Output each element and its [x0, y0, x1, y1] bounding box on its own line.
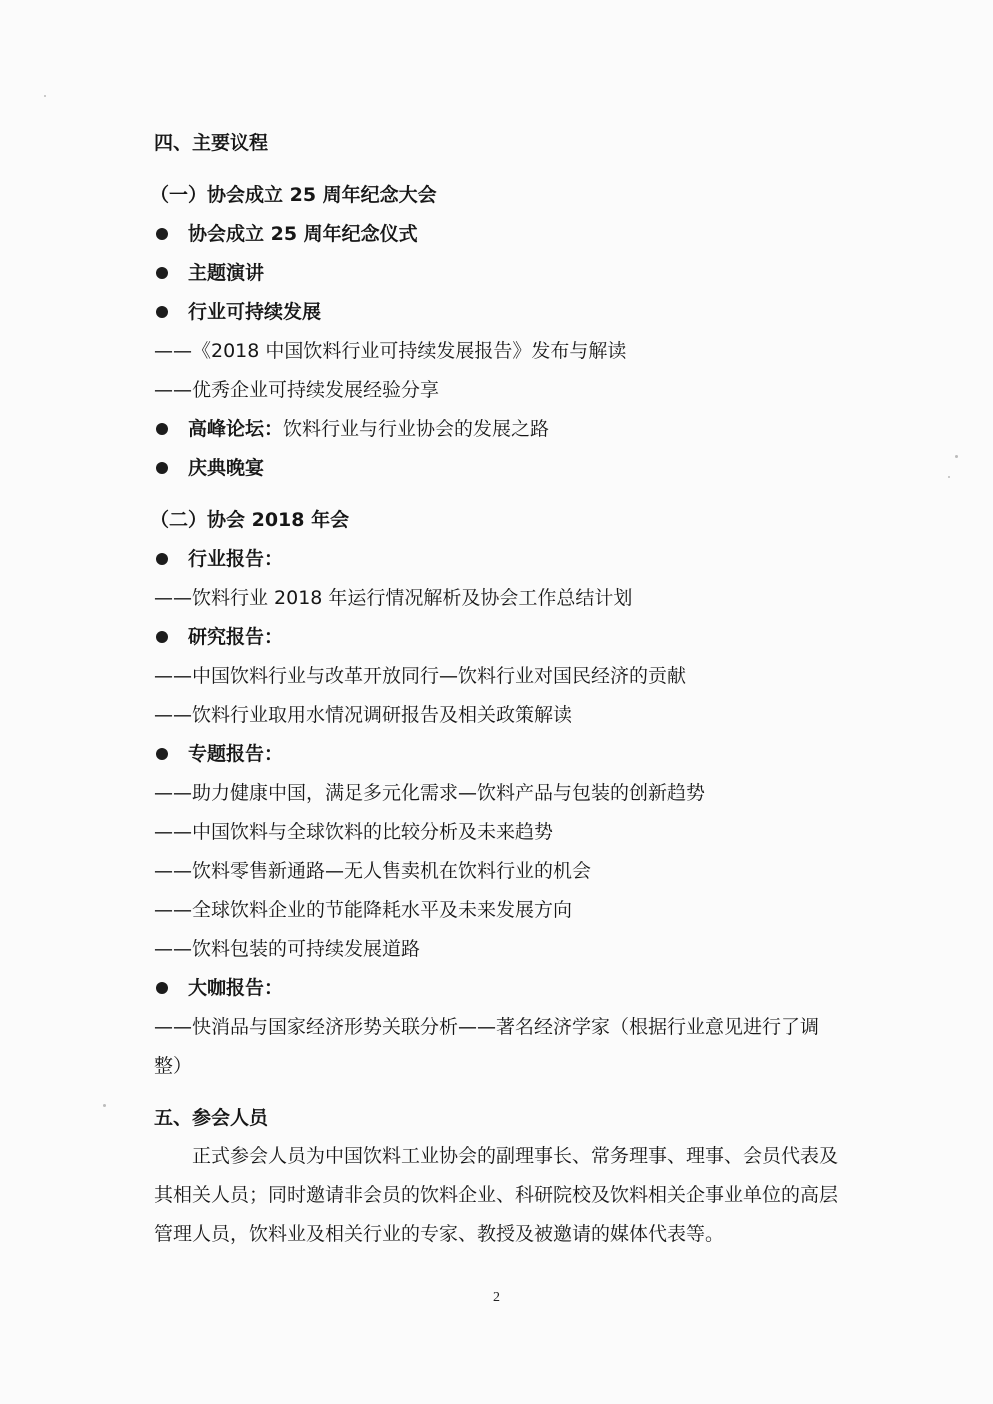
- bullet-icon: [156, 267, 168, 279]
- agenda-sub-item: ——《2018 中国饮料行业可持续发展报告》发布与解读: [154, 339, 626, 363]
- agenda-sub-item: ——全球饮料企业的节能降耗水平及未来发展方向: [154, 898, 572, 922]
- agenda-bullet-item: 行业报告：: [154, 547, 283, 571]
- document-page: 四、主要议程 （一）协会成立 25 周年纪念大会 协会成立 25 周年纪念仪式 …: [0, 0, 993, 1404]
- scan-speck: [44, 95, 46, 97]
- agenda-sub-item: ——饮料行业 2018 年运行情况解析及协会工作总结计划: [154, 586, 632, 610]
- bullet-icon: [156, 631, 168, 643]
- bullet-label: 高峰论坛：: [188, 417, 283, 441]
- bullet-icon: [156, 982, 168, 994]
- subsection-heading-annual-meeting: （二）协会 2018 年会: [150, 508, 349, 532]
- agenda-bullet-item: 主题演讲: [154, 261, 264, 285]
- scan-speck: [955, 455, 958, 458]
- bullet-label: 研究报告：: [188, 625, 283, 649]
- bullet-label: 协会成立 25 周年纪念仪式: [188, 222, 418, 246]
- bullet-icon: [156, 462, 168, 474]
- bullet-icon: [156, 553, 168, 565]
- agenda-sub-item: ——助力健康中国，满足多元化需求—饮料产品与包装的创新趋势: [154, 781, 705, 805]
- scan-speck: [948, 476, 950, 478]
- bullet-label: 大咖报告：: [188, 976, 283, 1000]
- agenda-bullet-item: 庆典晚宴: [154, 456, 264, 480]
- agenda-sub-item-continuation: 整）: [154, 1054, 192, 1078]
- bullet-label: 主题演讲: [188, 261, 264, 285]
- scan-speck: [103, 1104, 106, 1107]
- bullet-label: 行业报告：: [188, 547, 283, 571]
- agenda-sub-item: ——中国饮料行业与改革开放同行—饮料行业对国民经济的贡献: [154, 664, 686, 688]
- section-heading-agenda: 四、主要议程: [154, 131, 268, 155]
- agenda-bullet-item: 大咖报告：: [154, 976, 283, 1000]
- agenda-bullet-item: 专题报告：: [154, 742, 283, 766]
- attendees-paragraph: 正式参会人员为中国饮料工业协会的副理事长、常务理事、理事、会员代表及其相关人员；…: [154, 1137, 849, 1254]
- bullet-icon: [156, 228, 168, 240]
- bullet-icon: [156, 748, 168, 760]
- agenda-sub-item: ——饮料行业取用水情况调研报告及相关政策解读: [154, 703, 572, 727]
- agenda-sub-item: ——优秀企业可持续发展经验分享: [154, 378, 439, 402]
- agenda-bullet-item: 高峰论坛：饮料行业与行业协会的发展之路: [154, 417, 549, 441]
- agenda-bullet-item: 行业可持续发展: [154, 300, 321, 324]
- agenda-bullet-item: 研究报告：: [154, 625, 283, 649]
- bullet-description: 饮料行业与行业协会的发展之路: [283, 417, 549, 441]
- agenda-sub-item: ——饮料包装的可持续发展道路: [154, 937, 420, 961]
- agenda-sub-item: ——中国饮料与全球饮料的比较分析及未来趋势: [154, 820, 553, 844]
- page-number: 2: [0, 1290, 993, 1306]
- section-heading-attendees: 五、参会人员: [154, 1106, 268, 1130]
- bullet-label: 专题报告：: [188, 742, 283, 766]
- agenda-sub-item: ——快消品与国家经济形势关联分析——著名经济学家（根据行业意见进行了调: [154, 1015, 819, 1039]
- agenda-bullet-item: 协会成立 25 周年纪念仪式: [154, 222, 418, 246]
- bullet-icon: [156, 306, 168, 318]
- bullet-label: 行业可持续发展: [188, 300, 321, 324]
- bullet-label: 庆典晚宴: [188, 456, 264, 480]
- agenda-sub-item: ——饮料零售新通路—无人售卖机在饮料行业的机会: [154, 859, 591, 883]
- bullet-icon: [156, 423, 168, 435]
- subsection-heading-anniversary: （一）协会成立 25 周年纪念大会: [150, 183, 437, 207]
